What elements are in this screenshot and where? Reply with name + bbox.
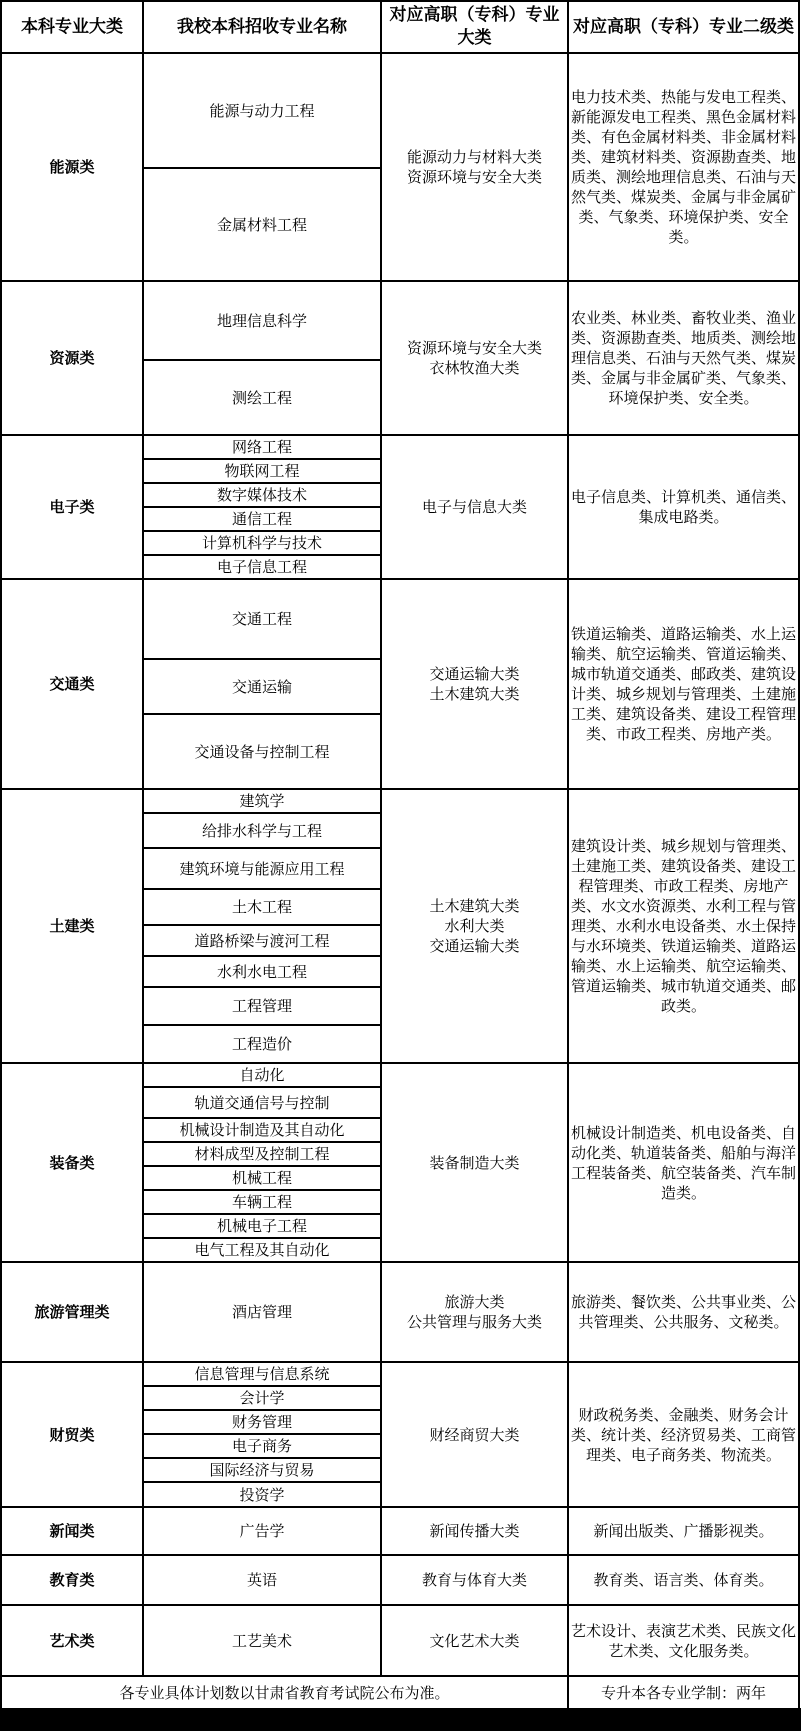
vocational-category-cell: 资源环境与安全大类 衣林牧渔大类 — [381, 281, 568, 435]
table-row: 旅游管理类 酒店管理 旅游大类 公共管理与服务大类 旅游类、餐饮类、公共事业类、… — [1, 1262, 799, 1362]
major-cell: 信息管理与信息系统 — [143, 1362, 381, 1386]
category-cell: 土建类 — [1, 789, 143, 1063]
major-cell: 交通设备与控制工程 — [143, 714, 381, 789]
category-cell: 旅游管理类 — [1, 1262, 143, 1362]
vocational-category-cell: 教育与体育大类 — [381, 1555, 568, 1605]
major-cell: 交通运输 — [143, 659, 381, 714]
major-cell: 材料成型及控制工程 — [143, 1142, 381, 1166]
table-row: 教育类 英语 教育与体育大类 教育类、语言类、体育类。 — [1, 1555, 799, 1605]
major-cell: 水利水电工程 — [143, 956, 381, 987]
major-cell: 会计学 — [143, 1386, 381, 1410]
vocational-category-cell: 旅游大类 公共管理与服务大类 — [381, 1262, 568, 1362]
category-cell: 交通类 — [1, 579, 143, 789]
vocational-subcategory-cell: 艺术设计、表演艺术类、民族文化艺术类、文化服务类。 — [568, 1605, 799, 1676]
table-row: 电子类 网络工程 电子与信息大类 电子信息类、计算机类、通信类、集成电路类。 — [1, 435, 799, 459]
major-cell: 电子信息工程 — [143, 555, 381, 579]
major-cell: 物联网工程 — [143, 459, 381, 483]
major-cell: 国际经济与贸易 — [143, 1458, 381, 1482]
category-cell: 电子类 — [1, 435, 143, 579]
header-row: 本科专业大类 我校本科招收专业名称 对应高职（专科）专业大类 对应高职（专科）专… — [1, 1, 799, 53]
vocational-subcategory-cell: 电力技术类、热能与发电工程类、新能源发电工程类、黑色金属材料类、有色金属材料类、… — [568, 53, 799, 281]
vocational-subcategory-cell: 旅游类、餐饮类、公共事业类、公共管理类、公共服务、文秘类。 — [568, 1262, 799, 1362]
table-row: 财贸类 信息管理与信息系统 财经商贸大类 财政税务类、金融类、财务会计类、统计类… — [1, 1362, 799, 1386]
footer-row: 各专业具体计划数以甘肃省教育考试院公布为准。 专升本各专业学制：两年 — [1, 1676, 799, 1709]
vocational-subcategory-cell: 农业类、林业类、畜牧业类、渔业类、资源勘查类、地质类、测绘地理信息类、石油与天然… — [568, 281, 799, 435]
table-row: 装备类 自动化 装备制造大类 机械设计制造类、机电设备类、自动化类、轨道装备类、… — [1, 1063, 799, 1087]
major-cell: 交通工程 — [143, 579, 381, 659]
major-cell: 工艺美术 — [143, 1605, 381, 1676]
bottom-black-bar — [0, 1708, 801, 1731]
vocational-subcategory-cell: 财政税务类、金融类、财务会计类、统计类、经济贸易类、工商管理类、电子商务类、物流… — [568, 1362, 799, 1507]
category-cell: 艺术类 — [1, 1605, 143, 1676]
category-cell: 新闻类 — [1, 1507, 143, 1555]
major-cell: 通信工程 — [143, 507, 381, 531]
major-cell: 轨道交通信号与控制 — [143, 1087, 381, 1118]
major-cell: 金属材料工程 — [143, 168, 381, 281]
vocational-category-cell: 新闻传播大类 — [381, 1507, 568, 1555]
vocational-subcategory-cell: 机械设计制造类、机电设备类、自动化类、轨道装备类、船舶与海洋工程装备类、航空装备… — [568, 1063, 799, 1262]
header-vocational-category: 对应高职（专科）专业大类 — [381, 1, 568, 53]
vocational-subcategory-cell: 铁道运输类、道路运输类、水上运输类、航空运输类、管道运输类、城市轨道交通类、邮政… — [568, 579, 799, 789]
major-cell: 工程造价 — [143, 1025, 381, 1063]
category-cell: 资源类 — [1, 281, 143, 435]
header-vocational-subcategory: 对应高职（专科）专业二级类 — [568, 1, 799, 53]
category-cell: 教育类 — [1, 1555, 143, 1605]
vocational-subcategory-cell: 建筑设计类、城乡规划与管理类、土建施工类、建筑设备类、建设工程管理类、市政工程类… — [568, 789, 799, 1063]
header-major-name: 我校本科招收专业名称 — [143, 1, 381, 53]
major-cell: 英语 — [143, 1555, 381, 1605]
vocational-category-cell: 电子与信息大类 — [381, 435, 568, 579]
table-row: 土建类 建筑学 土木建筑大类 水利大类 交通运输大类 建筑设计类、城乡规划与管理… — [1, 789, 799, 813]
major-cell: 给排水科学与工程 — [143, 813, 381, 848]
major-cell: 测绘工程 — [143, 360, 381, 435]
major-cell: 广告学 — [143, 1507, 381, 1555]
vocational-subcategory-cell: 教育类、语言类、体育类。 — [568, 1555, 799, 1605]
major-cell: 酒店管理 — [143, 1262, 381, 1362]
table-row: 艺术类 工艺美术 文化艺术大类 艺术设计、表演艺术类、民族文化艺术类、文化服务类… — [1, 1605, 799, 1676]
table-row: 交通类 交通工程 交通运输大类 土木建筑大类 铁道运输类、道路运输类、水上运输类… — [1, 579, 799, 659]
major-cell: 地理信息科学 — [143, 281, 381, 360]
major-cell: 土木工程 — [143, 889, 381, 925]
table-row: 资源类 地理信息科学 资源环境与安全大类 衣林牧渔大类 农业类、林业类、畜牧业类… — [1, 281, 799, 360]
major-cell: 机械工程 — [143, 1166, 381, 1190]
table-row: 新闻类 广告学 新闻传播大类 新闻出版类、广播影视类。 — [1, 1507, 799, 1555]
major-cell: 电气工程及其自动化 — [143, 1238, 381, 1262]
major-cell: 电子商务 — [143, 1434, 381, 1458]
vocational-category-cell: 土木建筑大类 水利大类 交通运输大类 — [381, 789, 568, 1063]
major-cell: 计算机科学与技术 — [143, 531, 381, 555]
vocational-subcategory-cell: 电子信息类、计算机类、通信类、集成电路类。 — [568, 435, 799, 579]
vocational-category-cell: 能源动力与材料大类 资源环境与安全大类 — [381, 53, 568, 281]
major-cell: 数字媒体技术 — [143, 483, 381, 507]
vocational-subcategory-cell: 新闻出版类、广播影视类。 — [568, 1507, 799, 1555]
major-cell: 能源与动力工程 — [143, 53, 381, 168]
major-cell: 建筑学 — [143, 789, 381, 813]
major-cell: 网络工程 — [143, 435, 381, 459]
table-row: 能源类 能源与动力工程 能源动力与材料大类 资源环境与安全大类 电力技术类、热能… — [1, 53, 799, 168]
category-cell: 财贸类 — [1, 1362, 143, 1507]
header-undergrad-category: 本科专业大类 — [1, 1, 143, 53]
footer-note: 各专业具体计划数以甘肃省教育考试院公布为准。 — [1, 1676, 568, 1709]
vocational-category-cell: 装备制造大类 — [381, 1063, 568, 1262]
majors-table: 本科专业大类 我校本科招收专业名称 对应高职（专科）专业大类 对应高职（专科）专… — [0, 0, 800, 1710]
major-cell: 自动化 — [143, 1063, 381, 1087]
major-cell: 财务管理 — [143, 1410, 381, 1434]
major-cell: 机械设计制造及其自动化 — [143, 1118, 381, 1142]
major-cell: 建筑环境与能源应用工程 — [143, 848, 381, 889]
footer-duration: 专升本各专业学制：两年 — [568, 1676, 799, 1709]
category-cell: 装备类 — [1, 1063, 143, 1262]
major-cell: 车辆工程 — [143, 1190, 381, 1214]
category-cell: 能源类 — [1, 53, 143, 281]
major-cell: 投资学 — [143, 1482, 381, 1507]
vocational-category-cell: 文化艺术大类 — [381, 1605, 568, 1676]
major-cell: 道路桥梁与渡河工程 — [143, 925, 381, 956]
vocational-category-cell: 财经商贸大类 — [381, 1362, 568, 1507]
major-cell: 工程管理 — [143, 987, 381, 1025]
major-cell: 机械电子工程 — [143, 1214, 381, 1238]
vocational-category-cell: 交通运输大类 土木建筑大类 — [381, 579, 568, 789]
